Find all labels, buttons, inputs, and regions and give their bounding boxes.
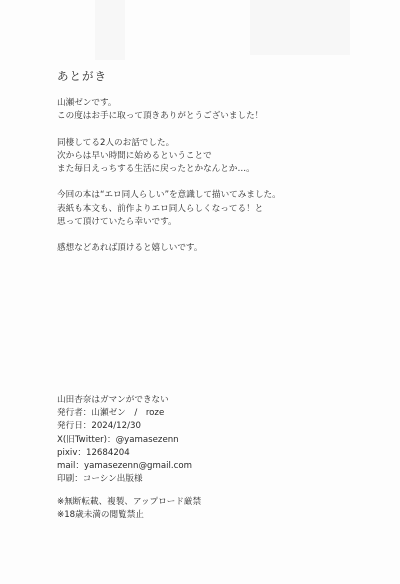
email: mail：yamasezenn@gmail.com bbox=[57, 460, 192, 473]
text-line: この度はお手に取って頂きありがとうございました！ bbox=[57, 110, 281, 123]
paragraph: 山瀬ゼンです。 この度はお手に取って頂きありがとうございました！ bbox=[57, 97, 281, 123]
text-line: 表紙も本文も、前作よりエロ同人らしくなってる！と bbox=[57, 203, 281, 216]
text-line: 思って頂けていたら幸いです。 bbox=[57, 216, 281, 229]
colophon: 山田杏奈はガマンができない 発行者：山瀬ゼン / roze 発行日：2024/1… bbox=[57, 394, 192, 486]
age-notice: ※18歳未満の閲覧禁止 bbox=[57, 509, 201, 522]
copy-notice: ※無断転載、複製、アップロード厳禁 bbox=[57, 496, 201, 509]
show-through-mark bbox=[250, 0, 350, 55]
text-line: 同棲してる2人のお話でした。 bbox=[57, 137, 281, 150]
publisher: 発行者：山瀬ゼン / roze bbox=[57, 407, 192, 420]
page-title: あとがき bbox=[57, 68, 107, 84]
text-line: また毎日えっちする生活に戻ったとかなんとか…。 bbox=[57, 163, 281, 176]
text-line: 感想などあれば頂けると嬉しいです。 bbox=[57, 242, 281, 255]
book-title: 山田杏奈はガマンができない bbox=[57, 394, 192, 407]
legal-notes: ※無断転載、複製、アップロード厳禁 ※18歳未満の閲覧禁止 bbox=[57, 496, 201, 522]
paragraph: 感想などあれば頂けると嬉しいです。 bbox=[57, 242, 281, 255]
text-line: 山瀬ゼンです。 bbox=[57, 97, 281, 110]
paragraph: 同棲してる2人のお話でした。 次からは早い時間に始めるということで また毎日えっ… bbox=[57, 137, 281, 177]
pixiv-id: pixiv：12684204 bbox=[57, 447, 192, 460]
text-line: 次からは早い時間に始めるということで bbox=[57, 150, 281, 163]
document-page: あとがき 山瀬ゼンです。 この度はお手に取って頂きありがとうございました！ 同棲… bbox=[0, 0, 400, 584]
publish-date: 発行日：2024/12/30 bbox=[57, 420, 192, 433]
text-line: 今回の本は“エロ同人らしい”を意識して描いてみました。 bbox=[57, 189, 281, 202]
afterword-body: 山瀬ゼンです。 この度はお手に取って頂きありがとうございました！ 同棲してる2人… bbox=[57, 97, 281, 269]
show-through-mark bbox=[95, 0, 125, 60]
printer: 印刷：コーシン出版様 bbox=[57, 473, 192, 486]
paragraph: 今回の本は“エロ同人らしい”を意識して描いてみました。 表紙も本文も、前作よりエ… bbox=[57, 189, 281, 229]
twitter-handle: X(旧Twitter)：@yamasezenn bbox=[57, 434, 192, 447]
